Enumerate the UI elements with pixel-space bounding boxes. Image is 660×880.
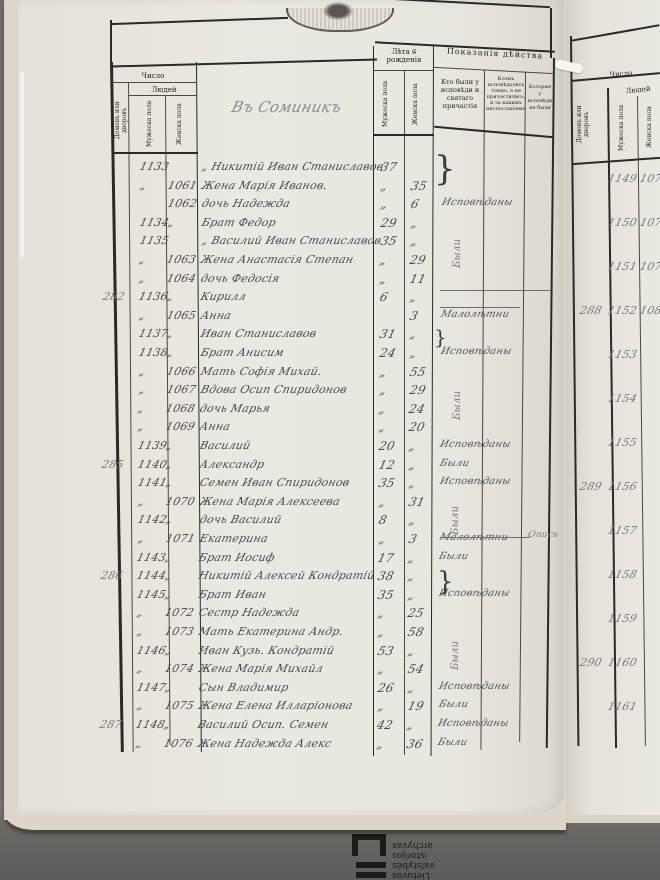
person-name: Василий Осип. Семен bbox=[197, 718, 331, 731]
age-male: 35 bbox=[379, 234, 398, 248]
male-number: 1135 bbox=[138, 234, 170, 247]
header-leta-muzheska: Мужеска пола bbox=[382, 78, 394, 130]
age-female: 29 bbox=[408, 383, 427, 397]
vertical-note-1: Были bbox=[452, 218, 463, 268]
person-name: Брат Федор bbox=[200, 216, 277, 229]
age-female: 58 bbox=[406, 625, 425, 639]
male-number: 1137 bbox=[137, 327, 169, 340]
hdr-rule-chislo bbox=[113, 82, 197, 83]
person-name: Иван Кузь. Кондратій bbox=[197, 644, 335, 657]
section-heading: Въ Соминикъ bbox=[230, 98, 344, 116]
rp-male-number: 1150 bbox=[606, 216, 638, 229]
confession-note: Малолѣтни bbox=[440, 309, 511, 320]
rp-male-number: 1161 bbox=[606, 700, 638, 713]
person-name: Мать Софія Михай. bbox=[199, 365, 323, 378]
age-male: 53 bbox=[376, 644, 395, 658]
female-number: 1066 bbox=[165, 365, 197, 378]
frame-left-top bbox=[110, 20, 112, 64]
brace-group-3: } bbox=[437, 565, 454, 599]
age-female: 31 bbox=[407, 495, 426, 509]
brace-group-1: } bbox=[434, 152, 456, 186]
person-name: Екатерина bbox=[198, 532, 269, 545]
rp-male-number: 1155 bbox=[606, 436, 638, 449]
rp-male-number: 1156 bbox=[606, 480, 638, 493]
female-number: 1073 bbox=[163, 625, 195, 638]
male-number: 1142 bbox=[136, 513, 168, 526]
person-name: Иван Станиславов bbox=[199, 327, 318, 340]
rp-header-zhenska: Женска пола bbox=[646, 102, 656, 152]
confession-note: Исповѣданы bbox=[439, 439, 512, 450]
person-name: Семен Иван Спиридонов bbox=[198, 476, 351, 489]
person-name: дочь Надежда bbox=[200, 197, 291, 210]
hdr-rule-lyudey bbox=[129, 95, 197, 96]
right-page-edge bbox=[566, 815, 660, 823]
rp-male-number: 1158 bbox=[606, 568, 638, 581]
person-name: Анна bbox=[199, 420, 232, 433]
age-female: 25 bbox=[406, 606, 425, 620]
imperial-crest-icon bbox=[286, 0, 390, 34]
col-line-5 bbox=[404, 70, 405, 755]
header-col-ne-byli: Которые у исповѣди не были bbox=[527, 84, 553, 112]
rp-house-number: 288 bbox=[578, 304, 603, 317]
age-female: 54 bbox=[406, 662, 425, 676]
person-name: дочь Марья bbox=[199, 402, 272, 415]
confession-note: Были bbox=[438, 551, 470, 562]
person-name: Анна bbox=[199, 309, 232, 322]
col-line-4 bbox=[373, 46, 374, 756]
house-number: 286 bbox=[100, 569, 125, 582]
rp-male-number: 1149 bbox=[606, 172, 638, 185]
vertical-note-3: Были bbox=[450, 485, 461, 535]
male-number: 1147 bbox=[135, 681, 167, 694]
hdr-bottom-rule-left bbox=[113, 152, 198, 154]
rp-male-number: 1151 bbox=[606, 260, 638, 273]
vertical-note-4: Были bbox=[450, 620, 461, 670]
rp-house-number: 289 bbox=[578, 480, 603, 493]
female-number: 1076 bbox=[163, 737, 195, 750]
confession-note: Были bbox=[437, 737, 469, 748]
person-name: Брат Иван bbox=[198, 588, 268, 601]
person-name: Жена Надежда Алекс bbox=[197, 737, 334, 750]
rp-male-number: 1160 bbox=[606, 656, 638, 669]
rp-male-number: 1154 bbox=[606, 392, 638, 405]
confession-note: Исповѣданы bbox=[440, 197, 513, 208]
house-number: 285 bbox=[100, 458, 125, 471]
rp-house-number: 290 bbox=[578, 656, 603, 669]
person-name: Сестр Надежда bbox=[197, 606, 301, 619]
female-number: 1067 bbox=[165, 383, 197, 396]
female-number: 1071 bbox=[164, 532, 196, 545]
header-domov: Домовъ или дворовъ bbox=[114, 92, 127, 148]
female-number: 1064 bbox=[166, 272, 198, 285]
side-note: Опись bbox=[527, 530, 559, 540]
header-leta-zhenska: Женска пола bbox=[412, 78, 424, 130]
header-zhenska: Женска пола bbox=[176, 100, 186, 148]
person-name: Вдова Осип Спиридонов bbox=[199, 383, 348, 396]
female-number: 1069 bbox=[165, 420, 197, 433]
rp-header-muzheska: Мужеска пола bbox=[618, 102, 628, 154]
female-number: 1062 bbox=[166, 197, 198, 210]
female-number: 1065 bbox=[165, 309, 197, 322]
person-name: дочь Василий bbox=[198, 513, 283, 526]
brace-group-2: } bbox=[434, 320, 447, 354]
person-name: Жена Марія Иванов. bbox=[200, 179, 328, 192]
rp-header-domov: Домовъ или дворовъ bbox=[576, 96, 590, 152]
vertical-note-2: Были bbox=[452, 370, 463, 420]
age-female: 55 bbox=[408, 365, 427, 379]
age-male: 29 bbox=[379, 216, 398, 230]
confession-note: Исповѣданы bbox=[437, 718, 510, 729]
rp-female-number: 1080 bbox=[638, 304, 660, 317]
person-name: Жена Анастасія Степан bbox=[200, 253, 356, 266]
header-lyudey: Людей bbox=[134, 86, 194, 94]
person-name: Сын Владимир bbox=[197, 681, 290, 694]
age-male: 24 bbox=[378, 346, 397, 360]
person-name: Брат Иосиф bbox=[198, 551, 277, 564]
age-male: 20 bbox=[377, 439, 396, 453]
dash-line-2 bbox=[440, 307, 520, 308]
female-number: 1072 bbox=[163, 606, 195, 619]
rp-male-number: 1153 bbox=[606, 348, 638, 361]
person-name: „ Василий Иван Станиславов bbox=[200, 234, 382, 247]
person-name: „ Никитій Иван Станиславов bbox=[200, 160, 385, 173]
rp-male-number: 1152 bbox=[606, 304, 638, 317]
person-name: Никитій Алексей Кондратій bbox=[198, 569, 377, 582]
age-male: 26 bbox=[376, 681, 395, 695]
archive-logo-icon bbox=[356, 832, 386, 878]
female-number: 1070 bbox=[164, 495, 196, 508]
female-number: 1074 bbox=[163, 662, 195, 675]
person-name: Кирилл bbox=[200, 290, 248, 303]
header-muzheska: Мужеска пола bbox=[146, 100, 156, 148]
rp-male-number: 1159 bbox=[606, 612, 638, 625]
rp-female-number: 1077 bbox=[638, 172, 660, 185]
person-name: Мать Екатерина Андр. bbox=[197, 625, 345, 638]
dash-line-3 bbox=[440, 537, 530, 538]
age-male: 37 bbox=[379, 160, 398, 174]
header-leta: Лѣта ѿ рожденія bbox=[376, 48, 432, 64]
male-number: 1138 bbox=[137, 346, 169, 359]
male-number: 1134 bbox=[138, 216, 170, 229]
age-female: 19 bbox=[406, 699, 425, 713]
age-male: 31 bbox=[378, 327, 397, 341]
person-name: Жена Марія Алексеева bbox=[198, 495, 341, 508]
hdr-bottom-rule-leta bbox=[374, 134, 434, 136]
female-number: 1061 bbox=[166, 179, 198, 192]
header-col-ispovedi: Кто были у исповѣди и святаго причастія bbox=[436, 78, 484, 110]
dash-line-1 bbox=[440, 290, 550, 291]
rp-female-number: 1079 bbox=[638, 260, 660, 273]
header-chislo: Число bbox=[118, 72, 188, 80]
confession-note: Были bbox=[437, 699, 469, 710]
binding-strip bbox=[20, 72, 24, 257]
age-female: 35 bbox=[409, 179, 428, 193]
person-name: Брат Анисим bbox=[199, 346, 285, 359]
header-col-tokmo: Ктомъ исповѣдались токмо, а не причастил… bbox=[486, 76, 526, 112]
archive-watermark: Lietuvos valstybės istorijos archyvas bbox=[330, 830, 460, 880]
female-number: 1068 bbox=[165, 402, 197, 415]
male-number: 1141 bbox=[136, 476, 168, 489]
female-number: 1075 bbox=[163, 699, 195, 712]
house-number: 282 bbox=[102, 290, 127, 303]
person-name: Жена Елена Илларіонова bbox=[197, 699, 354, 712]
hdr-rule-leta bbox=[374, 70, 434, 71]
house-number: 287 bbox=[99, 718, 124, 731]
person-name: дочь Федосія bbox=[200, 272, 282, 285]
person-name: Василий bbox=[199, 439, 253, 452]
archive-watermark-text: Lietuvos valstybės istorijos archyvas bbox=[392, 840, 460, 880]
confession-note: Исповѣданы bbox=[437, 681, 510, 692]
male-number: 1133 bbox=[138, 160, 170, 173]
male-number: 1146 bbox=[135, 644, 167, 657]
confession-note: Были bbox=[439, 458, 471, 469]
rp-male-number: 1157 bbox=[606, 524, 638, 537]
female-number: 1063 bbox=[166, 253, 198, 266]
rp-female-number: 1078 bbox=[638, 216, 660, 229]
confession-note: Исповѣданы bbox=[439, 346, 512, 357]
person-name: Жена Марія Михайл bbox=[197, 662, 324, 675]
person-name: Александр bbox=[198, 458, 265, 471]
